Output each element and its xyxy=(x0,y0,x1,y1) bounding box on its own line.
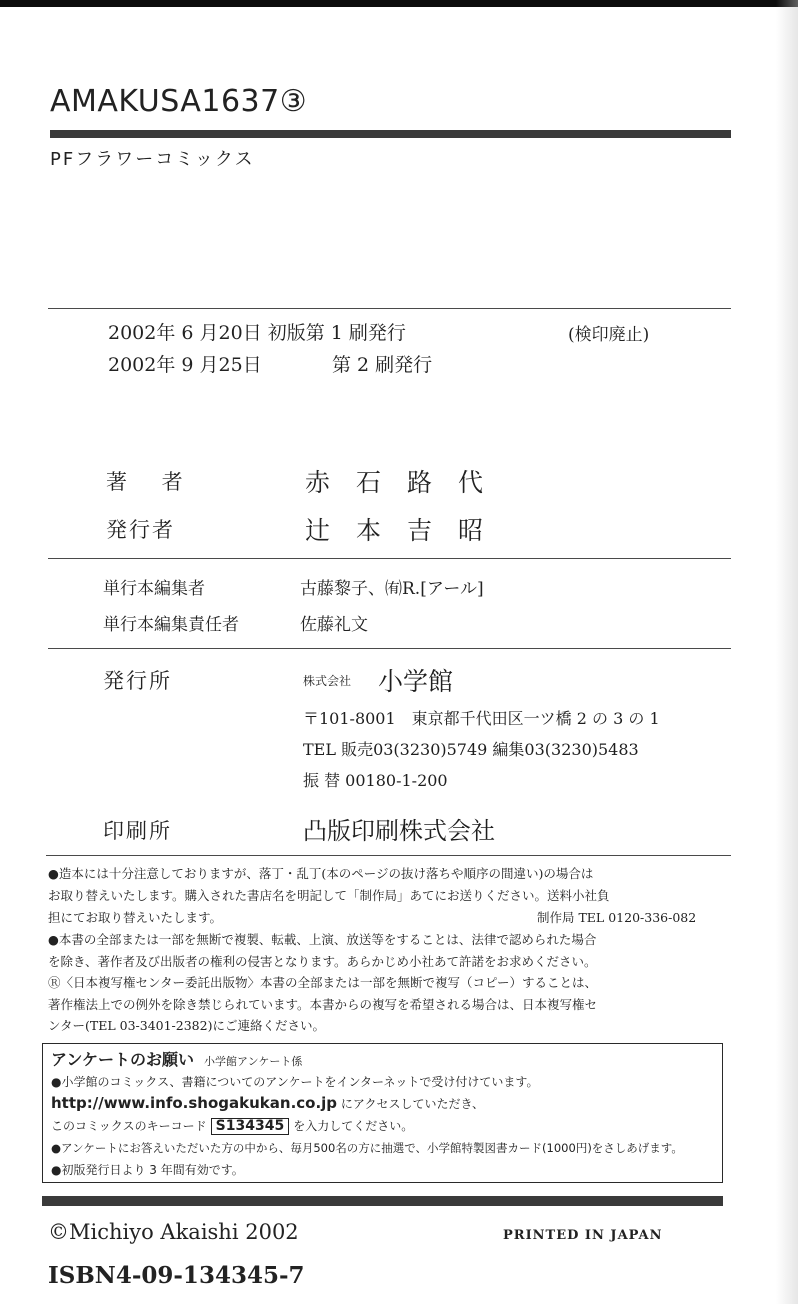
publisher-person-label: 発行者 xyxy=(106,514,175,544)
scan-top-edge xyxy=(0,0,798,7)
survey-keycode-line: このコミックスのキーコードS134345を入力してください。 xyxy=(51,1117,413,1135)
notice-contact: 制作局 TEL 0120-336-082 xyxy=(537,908,696,927)
isbn: ISBN4-09-134345-7 xyxy=(48,1262,305,1289)
scan-right-shadow xyxy=(776,0,798,1304)
publisher-person-name: 辻本吉昭 xyxy=(305,511,509,547)
keycode-prefix: このコミックスのキーコード xyxy=(51,1119,207,1133)
company-address: 〒101-8001 東京都千代田区一ツ橋 2 の 3 の 1 xyxy=(303,706,660,729)
chief-editor-name: 佐藤礼文 xyxy=(300,610,368,635)
divider xyxy=(48,308,731,309)
company-transfer: 振 替 00180-1-200 xyxy=(303,768,448,791)
printer-label: 印刷所 xyxy=(103,815,172,845)
company-name: 小学館 xyxy=(378,662,453,698)
survey-line-5: ●初版発行日より 3 年間有効です。 xyxy=(51,1161,244,1178)
divider xyxy=(48,648,731,649)
survey-line-4: ●アンケートにお答えいただいた方の中から、毎月500名の方に抽選で、小学館特製図… xyxy=(51,1140,683,1156)
company-tel: TEL 販売03(3230)5749 編集03(3230)5483 xyxy=(303,737,639,760)
second-edition-print: 第 2 刷発行 xyxy=(332,350,432,377)
printer-name: 凸版印刷株式会社 xyxy=(303,811,495,846)
survey-line-1: ●小学館のコミックス、書籍についてのアンケートをインターネットで受け付けています… xyxy=(51,1073,538,1090)
author-name: 赤石路代 xyxy=(305,463,509,499)
keycode-suffix: を入力してください。 xyxy=(293,1119,413,1133)
company-prefix: 株式会社 xyxy=(303,672,351,689)
notice-line: 著作権法上での例外を除き禁じられています。本書からの複写を希望される場合は、日本… xyxy=(48,995,597,1014)
notice-line: を除き、著作者及び出版者の権利の侵害となります。あらかじめ小社あて許諾をお求めく… xyxy=(48,952,597,971)
survey-box: アンケートのお願い小学館アンケート係 ●小学館のコミックス、書籍についてのアンケ… xyxy=(42,1043,723,1183)
publisher-company-label: 発行所 xyxy=(103,665,172,695)
survey-url-line: http://www.info.shogakukan.co.jp にアクセスして… xyxy=(51,1094,484,1112)
imprint-label: PFフラワーコミックス xyxy=(50,145,255,171)
notice-line: ●本書の全部または一部を無断で複製、転載、上演、放送等をすることは、法律で認めら… xyxy=(48,930,596,949)
survey-url-suffix: にアクセスしていただき、 xyxy=(337,1097,484,1111)
divider xyxy=(48,558,731,559)
chief-editor-label: 単行本編集責任者 xyxy=(103,610,239,635)
divider xyxy=(46,855,731,856)
notice-line: ンター(TEL 03-3401-2382)にご連絡ください。 xyxy=(48,1016,325,1035)
footer-rule xyxy=(42,1196,723,1206)
book-title: AMAKUSA1637③ xyxy=(50,84,307,119)
notice-line: お取り替えいたします。購入された書店名を明記して「制作局」あてにお送りください。… xyxy=(48,886,610,905)
survey-header: アンケートのお願い小学館アンケート係 xyxy=(51,1047,302,1070)
title-rule xyxy=(50,130,731,138)
notice-line: Ⓡ〈日本複写権センター委託出版物〉本書の全部または一部を無断で複写（コピー）する… xyxy=(48,973,597,992)
editor-name: 古藤黎子、㈲R.[アール] xyxy=(300,574,484,599)
survey-url-link[interactable]: http://www.info.shogakukan.co.jp xyxy=(51,1094,337,1112)
copyright: ©Michiyo Akaishi 2002 xyxy=(48,1220,299,1244)
notice-line: ●造本には十分注意しておりますが、落丁・乱丁(本のページの抜け落ちや順序の間違い… xyxy=(48,864,593,883)
printed-in: PRINTED IN JAPAN xyxy=(503,1228,662,1243)
editor-label: 単行本編集者 xyxy=(103,574,205,599)
survey-title: アンケートのお願い xyxy=(51,1050,194,1069)
keycode-box: S134345 xyxy=(211,1118,290,1135)
seal-note: (検印廃止) xyxy=(568,320,649,345)
notice-line: 担にてお取り替えいたします。 xyxy=(48,908,222,927)
first-edition-date: 2002年 6 月20日 初版第 1 刷発行 xyxy=(108,318,406,345)
survey-subtitle: 小学館アンケート係 xyxy=(204,1055,302,1068)
author-label: 著 者 xyxy=(106,466,197,496)
second-edition-date: 2002年 9 月25日 xyxy=(108,350,262,377)
